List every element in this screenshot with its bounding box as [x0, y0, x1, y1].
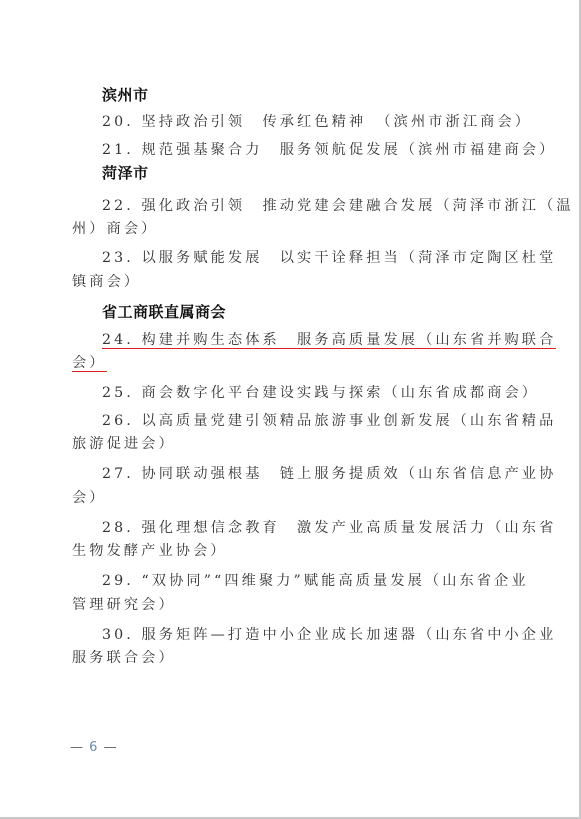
document-page: 滨州市 20. 坚持政治引领 传承红色精神 （滨州市浙江商会） 21. 规范强基…	[0, 0, 581, 819]
list-item-24-line1: 24. 构建并购生态体系 服务高质量发展（山东省并购联合	[102, 330, 556, 350]
page-number: 6	[89, 740, 98, 755]
list-item-30-line2: 服务联合会）	[72, 648, 176, 668]
list-item-29-line2: 管理研究会）	[72, 595, 176, 615]
list-item-28-line2: 生物发酵产业协会）	[72, 541, 228, 561]
underlined-text: 会）	[72, 355, 107, 372]
list-item-26-line2: 旅游促进会）	[72, 434, 176, 454]
list-item-21: 21. 规范强基聚合力 服务领航促发展（滨州市福建商会）	[102, 140, 556, 160]
list-item-27-line2: 会）	[72, 488, 107, 508]
list-item-25: 25. 商会数字化平台建设实践与探索（山东省成都商会）	[102, 383, 539, 403]
list-item-23-line2: 镇商会）	[72, 272, 141, 292]
page-footer: — 6 —	[70, 740, 118, 755]
list-item-29-line1: 29. “双协同”“四维聚力”赋能高质量发展（山东省企业	[102, 571, 529, 591]
list-item-24-line2: 会）	[72, 353, 107, 373]
list-item-28-line1: 28. 强化理想信念教育 激发产业高质量发展活力（山东省	[102, 518, 556, 538]
list-item-22-line2: 州）商会）	[72, 219, 158, 239]
section-heading-binzhou: 滨州市	[102, 85, 149, 105]
footer-dash-right: —	[104, 740, 118, 755]
list-item-23-line1: 23. 以服务赋能发展 以实干诠释担当（菏泽市定陶区杜堂	[102, 248, 556, 268]
list-item-27-line1: 27. 协同联动强根基 链上服务提质效（山东省信息产业协	[102, 464, 556, 484]
list-item-20: 20. 坚持政治引领 传承红色精神 （滨州市浙江商会）	[102, 112, 532, 132]
list-item-26-line1: 26. 以高质量党建引领精品旅游事业创新发展（山东省精品	[102, 411, 556, 431]
list-item-22-line1: 22. 强化政治引领 推动党建会建融合发展（菏泽市浙江（温	[102, 196, 574, 216]
section-heading-heze: 菏泽市	[102, 163, 149, 183]
section-heading-provincial: 省工商联直属商会	[102, 302, 226, 322]
footer-dash-left: —	[70, 740, 84, 755]
list-item-30-line1: 30. 服务矩阵—打造中小企业成长加速器（山东省中小企业	[102, 625, 556, 645]
underlined-text: 24. 构建并购生态体系 服务高质量发展（山东省并购联合	[102, 332, 556, 349]
